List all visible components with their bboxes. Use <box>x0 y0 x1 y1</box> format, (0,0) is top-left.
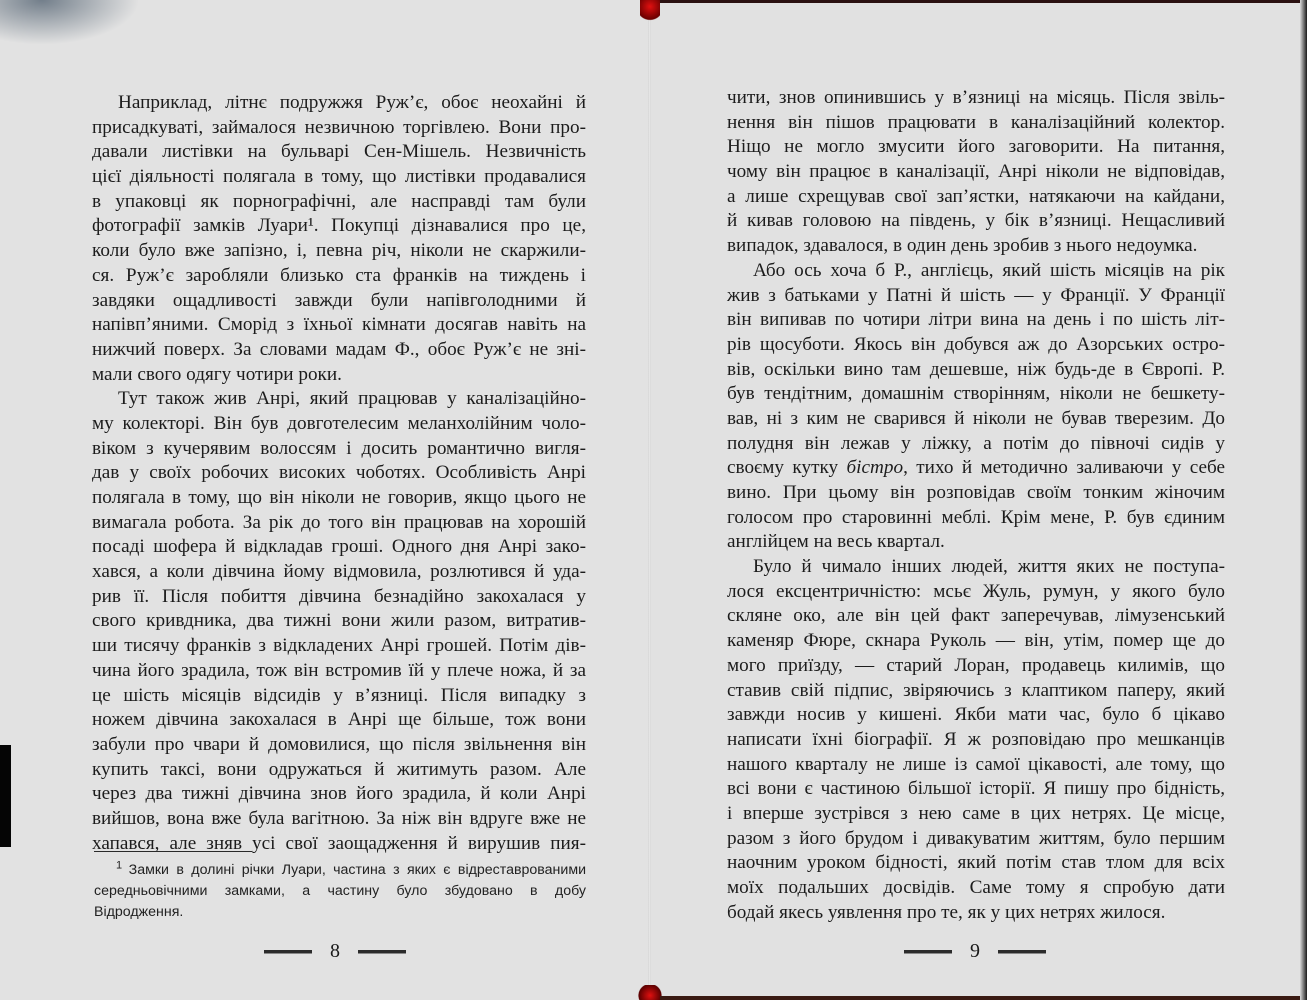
scan-edge-right <box>1300 0 1307 1000</box>
footnote-divider <box>94 851 252 852</box>
text-line: Ніщо не могло змусити його заговорити. Н… <box>727 135 1225 160</box>
text-line: завжди носив у кишені. Якби мати час, бу… <box>727 703 1225 728</box>
text-line: давали листівки на бульварі Сен-Мішель. … <box>92 140 586 165</box>
text-line: він випивав по чотири літри вина на день… <box>727 308 1225 333</box>
text-line: рив її. Після побиття дівчина безнадійно… <box>92 585 586 610</box>
text-line: нижчий поверх. За словами мадам Ф., обоє… <box>92 338 586 363</box>
page-number-text: 8 <box>330 940 340 963</box>
text-line: середньовічними замками, а частину було … <box>94 881 586 902</box>
text-line: жив з батьками у Патні й шість — у Франц… <box>727 284 1225 309</box>
text-line: хався, а коли дівчина йому відмовила, ро… <box>92 560 586 585</box>
text-line: й кивав головою на південь, у бік в’язни… <box>727 209 1225 234</box>
text-line: полягала в тому, що він ніколи не говори… <box>92 486 586 511</box>
page-number-right: 9 <box>904 940 1046 963</box>
spiral-binding-artifact <box>0 0 140 45</box>
text-line: всі вони є частиною більшої історії. Я п… <box>727 777 1225 802</box>
text-line: завдяки ощадливості завжди були напівгол… <box>92 289 586 314</box>
text-line: присадкуваті, займалося незвичною торгів… <box>92 116 586 141</box>
text-line: моїх подальших досвідів. Саме тому я спр… <box>727 876 1225 901</box>
footnote: 1 Замки в долині річки Луари, частина з … <box>94 860 586 923</box>
text-line: мого приїзду, — старий Лоран, продавець … <box>727 654 1225 679</box>
text-line: в упаковці як порнографічні, але насправ… <box>92 190 586 215</box>
text-line: разом з його брудом і дивакуватим життям… <box>727 827 1225 852</box>
text-line: ся. Руж’є заробляли близько ста франків … <box>92 264 586 289</box>
page-number-rule-right <box>998 950 1046 954</box>
text-line: голосом про старовинні меблі. Крім мене,… <box>727 506 1225 531</box>
text-line: через два тижні дівчина знов його зрадил… <box>92 782 586 807</box>
text-line: каменяр Фюре, скнара Руколь — він, утім,… <box>727 629 1225 654</box>
text-line: англійцем на весь квартал. <box>727 530 1225 555</box>
text-line: купить таксі, вони одружаться й житимуть… <box>92 758 586 783</box>
page-number-rule-right <box>358 950 406 954</box>
text-line: скляне око, але він цей факт заперечував… <box>727 604 1225 629</box>
scan-edge-left-tab <box>0 745 11 847</box>
left-page-body: Наприклад, літнє подружжя Руж’є, обоє не… <box>92 91 586 856</box>
text-line: фотографії замків Луари¹. Покупці дізнав… <box>92 214 586 239</box>
text-line: Відродження. <box>94 902 586 923</box>
text-line: дав у своїх робочих високих чоботях. Осо… <box>92 461 586 486</box>
text-line: ставив свій підпис, звіряючись з клаптик… <box>727 679 1225 704</box>
page-number-rule-left <box>904 950 952 954</box>
text-line: Було й чимало інших людей, життя яких не… <box>727 555 1225 580</box>
text-line: це шість місяців відсидів у в’язниці. Пі… <box>92 684 586 709</box>
book-spine <box>648 0 651 1000</box>
text-line: забули про чвари й домовилися, що після … <box>92 733 586 758</box>
text-line: вийшов, вона вже була вагітною. За ніж в… <box>92 807 586 832</box>
text-line: Або ось хоча б Р., англієць, який шість … <box>727 259 1225 284</box>
text-line: хапався, але зняв усі свої заощадження й… <box>92 832 586 857</box>
text-line: нашого кварталу не лише із самої цікавос… <box>727 753 1225 778</box>
right-page-body: чити, знов опинившись у в’язниці на міся… <box>727 86 1225 925</box>
bookmark-ribbon-bottom <box>638 985 662 1000</box>
text-line: своєму кутку бістро, тихо й методично за… <box>727 456 1225 481</box>
text-line: бодай якесь уявлення про те, як у цих не… <box>727 901 1225 926</box>
text-line: був тендітним, домашнім створінням, ніко… <box>727 382 1225 407</box>
text-line: ши тисячу франків з відкладених Анрі гро… <box>92 634 586 659</box>
text-line: Тут також жив Анрі, який працював у кана… <box>92 387 586 412</box>
page-number-left: 8 <box>264 940 406 963</box>
text-line: полудня він лежав у ліжку, а потім до пі… <box>727 432 1225 457</box>
book-spread: Наприклад, літнє подружжя Руж’є, обоє не… <box>0 0 1307 1000</box>
text-line: лося ексцентричністю: мсьє Жуль, румун, … <box>727 580 1225 605</box>
text-line: і вперше зустрівся з нею саме в цих нетр… <box>727 802 1225 827</box>
text-line: мали свого одягу чотири роки. <box>92 363 586 388</box>
text-line: напівп’яними. Сморід з їхньої кімнати до… <box>92 313 586 338</box>
scan-edge-bottom <box>660 996 1307 1000</box>
text-line: 1 Замки в долині річки Луари, частина з … <box>94 860 586 881</box>
text-line: написати їхні біографії. Я ж розповідаю … <box>727 728 1225 753</box>
page-number-rule-left <box>264 950 312 954</box>
text-line: нення він пішов працювати в каналізаційн… <box>727 111 1225 136</box>
text-line: му колекторі. Він був довготелесим мелан… <box>92 412 586 437</box>
text-line: цієї діяльності полягала в тому, що лист… <box>92 165 586 190</box>
text-line: рів щосуботи. Якось він добувся аж до Аз… <box>727 333 1225 358</box>
bookmark-ribbon-top <box>640 0 660 22</box>
text-line: вино. При цьому він розповідав своїм тон… <box>727 481 1225 506</box>
text-line: випадок, здавалося, в один день зробив з… <box>727 234 1225 259</box>
italic-term: бістро <box>847 457 904 478</box>
text-line: чина його зрадила, тож він встромив їй у… <box>92 659 586 684</box>
text-line: вав, ні з ким не сварився й ніколи не бу… <box>727 407 1225 432</box>
text-line: чому він працює в каналізації, Анрі ніко… <box>727 160 1225 185</box>
left-page: Наприклад, літнє подружжя Руж’є, обоє не… <box>0 0 650 1000</box>
scan-edge-top <box>660 0 1307 3</box>
text-line: свого кривдника, два тижні вони жили раз… <box>92 609 586 634</box>
text-line: ножем дівчина закохалася в Анрі ще більш… <box>92 708 586 733</box>
text-line: вів, оскільки вино там дешевше, ніж будь… <box>727 358 1225 383</box>
text-line: а лише схрещував свої зап’ястки, натякаю… <box>727 185 1225 210</box>
text-line: Наприклад, літнє подружжя Руж’є, обоє не… <box>92 91 586 116</box>
page-number-text: 9 <box>970 940 980 963</box>
text-line: віком з кучерявим волоссям і досить рома… <box>92 437 586 462</box>
text-line: вимагала робота. За рік до того він прац… <box>92 511 586 536</box>
text-line: коли було вже запізно, і, певна річ, нік… <box>92 239 586 264</box>
text-line: чити, знов опинившись у в’язниці на міся… <box>727 86 1225 111</box>
text-line: наочним уроком бідності, який потім став… <box>727 851 1225 876</box>
footnote-marker: 1 <box>116 859 129 871</box>
text-line: посаді шофера й відкладав гроші. Одного … <box>92 535 586 560</box>
